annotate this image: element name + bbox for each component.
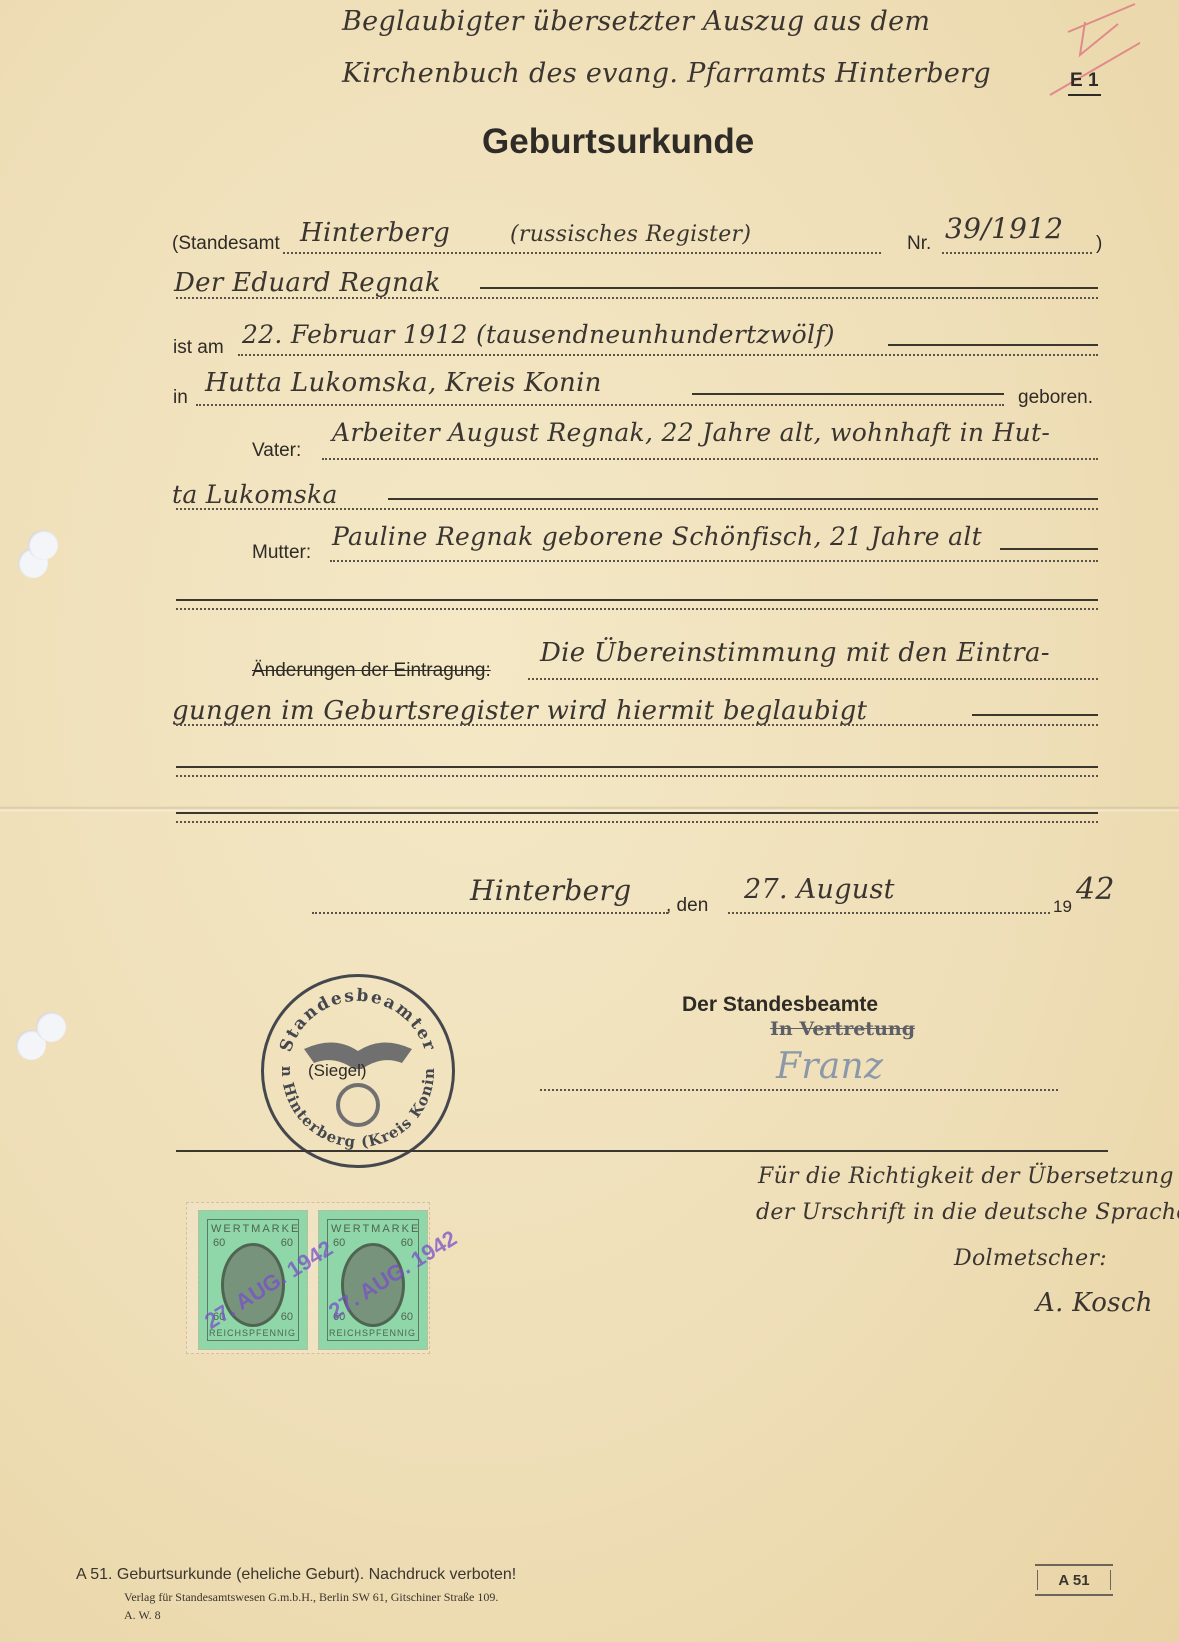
registry-office-label: (Standesamt: [172, 233, 280, 255]
form-code: E 1: [1068, 70, 1101, 96]
translator-note-line-2: der Urschrift in die deutsche Sprache: [756, 1200, 1179, 1225]
stamp-bottom-text: REICHSPFENNIG: [329, 1328, 416, 1338]
signature-dotted-line: [540, 1089, 1058, 1091]
page-title: Geburtsurkunde: [482, 122, 754, 162]
registry-number-value: 39/1912: [945, 212, 1063, 245]
dotted-line: [283, 252, 881, 254]
born-label: geboren.: [1018, 387, 1093, 409]
translator-label: Dolmetscher:: [954, 1246, 1107, 1271]
issue-date: 27. August: [744, 874, 895, 905]
seal-center-label: (Siegel): [308, 1061, 367, 1081]
stamp-value: 60: [213, 1237, 225, 1249]
solid-line: [176, 812, 1098, 814]
changes-value-line-1: Die Übereinstimmung mit den Eintra-: [540, 638, 1050, 668]
translator-signature: A. Kosch: [1036, 1288, 1153, 1318]
registry-close-paren: ): [1096, 233, 1102, 255]
father-value-line-2: ta Lukomska: [172, 480, 338, 509]
solid-line: [692, 393, 1004, 395]
translator-note-line-1: Für die Richtigkeit der Übersetzung: [758, 1164, 1174, 1189]
stamp-value: 60: [281, 1311, 293, 1323]
dotted-line: [176, 724, 1098, 726]
birth-place-label: in: [173, 387, 188, 409]
solid-line: [176, 766, 1098, 768]
svg-text:Standesbeamter: Standesbeamter: [276, 986, 440, 1055]
stamp-value: 60: [281, 1237, 293, 1249]
dotted-line: [728, 912, 1050, 914]
punch-hole: [28, 530, 58, 560]
father-label: Vater:: [252, 440, 301, 462]
dotted-line: [238, 354, 1098, 356]
changes-value-line-2: gungen im Geburtsregister wird hiermit b…: [172, 696, 867, 726]
birth-place-value: Hutta Lukomska, Kreis Konin: [205, 368, 602, 398]
dotted-line: [312, 912, 668, 914]
header-note-line-1: Beglaubigter übersetzter Auszug aus dem: [342, 6, 930, 37]
official-seal: Standesbeamter in Hinterberg (Kreis Koni…: [261, 974, 455, 1168]
dotted-line: [176, 775, 1098, 777]
issue-year-prefix: 19: [1053, 897, 1072, 917]
signature-block-title: Der Standesbeamte: [682, 993, 878, 1017]
footer-form-title: A 51. Geburtsurkunde (eheliche Geburt). …: [76, 1566, 516, 1584]
dotted-line: [176, 297, 1098, 299]
stamp-top-text: WERTMARKE: [211, 1223, 300, 1235]
registrar-signature: Franz: [776, 1046, 883, 1087]
registry-number-label: Nr.: [907, 233, 931, 255]
dotted-line: [176, 608, 1098, 610]
dotted-line: [176, 508, 1098, 510]
footer-form-ref: A. W. 8: [124, 1608, 161, 1623]
dotted-line: [942, 252, 1092, 254]
stamp-top-text: WERTMARKE: [331, 1223, 420, 1235]
dotted-line: [196, 404, 1004, 406]
child-name: Der Eduard Regnak: [174, 268, 441, 298]
header-note-line-2: Kirchenbuch des evang. Pfarramts Hinterb…: [342, 58, 991, 89]
dotted-line: [330, 560, 1098, 562]
punch-hole: [36, 1012, 66, 1042]
birth-date-label: ist am: [173, 337, 224, 359]
footer-publisher: Verlag für Standesamtswesen G.m.b.H., Be…: [124, 1590, 498, 1605]
mother-label: Mutter:: [252, 542, 311, 564]
father-value-line-1: Arbeiter August Regnak, 22 Jahre alt, wo…: [332, 418, 1050, 447]
dotted-line: [528, 678, 1098, 680]
solid-line: [1000, 548, 1098, 550]
dotted-line: [176, 821, 1098, 823]
deputy-stamp: In Vertretung: [770, 1018, 915, 1040]
solid-line: [388, 498, 1098, 500]
registry-note: (russisches Register): [510, 222, 751, 247]
issue-place: Hinterberg: [470, 874, 631, 907]
dotted-line: [322, 458, 1098, 460]
solid-line: [176, 1150, 1108, 1152]
footer-form-box-label: A 51: [1035, 1572, 1113, 1589]
stamp-value: 60: [401, 1311, 413, 1323]
solid-line: [176, 599, 1098, 601]
birth-date-value: 22. Februar 1912 (tausendneunhundertzwöl…: [242, 320, 835, 349]
footer-form-box: A 51: [1035, 1564, 1113, 1596]
issue-year-suffix: 42: [1076, 872, 1115, 907]
changes-label-struck: Änderungen der Eintragung:: [252, 660, 491, 682]
issue-den-label: , den: [666, 895, 708, 917]
solid-line: [972, 714, 1098, 716]
mother-value: Pauline Regnak geborene Schönfisch, 21 J…: [332, 522, 982, 551]
solid-line: [480, 287, 1098, 289]
registry-office-value: Hinterberg: [300, 218, 450, 248]
stamp-value: 60: [333, 1237, 345, 1249]
solid-line: [888, 344, 1098, 346]
